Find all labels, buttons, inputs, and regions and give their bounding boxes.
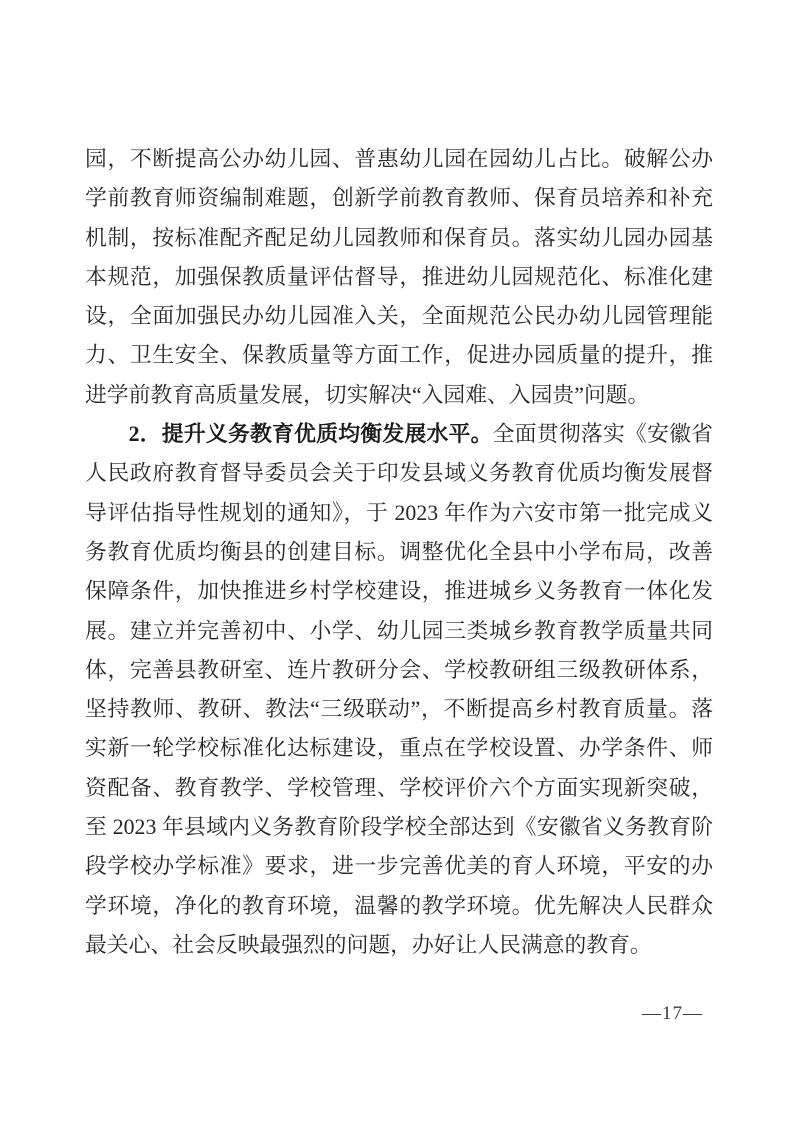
paragraph-2-heading: 2．提升义务教育优质均衡发展水平。 [129, 422, 493, 446]
paragraph-2-body: 全面贯彻落实《安徽省人民政府教育督导委员会关于印发县域义务教育优质均衡发展督导评… [85, 422, 713, 957]
document-body: 园，不断提高公办幼儿园、普惠幼儿园在园幼儿占比。破解公办学前教育师资编制难题，创… [85, 140, 713, 965]
page-number: —17— [642, 1000, 703, 1028]
paragraph-preschool-education: 园，不断提高公办幼儿园、普惠幼儿园在园幼儿占比。破解公办学前教育师资编制难题，创… [85, 140, 713, 415]
document-page: 园，不断提高公办幼儿园、普惠幼儿园在园幼儿占比。破解公办学前教育师资编制难题，创… [0, 0, 793, 1122]
paragraph-compulsory-education: 2．提升义务教育优质均衡发展水平。全面贯彻落实《安徽省人民政府教育督导委员会关于… [85, 415, 713, 965]
